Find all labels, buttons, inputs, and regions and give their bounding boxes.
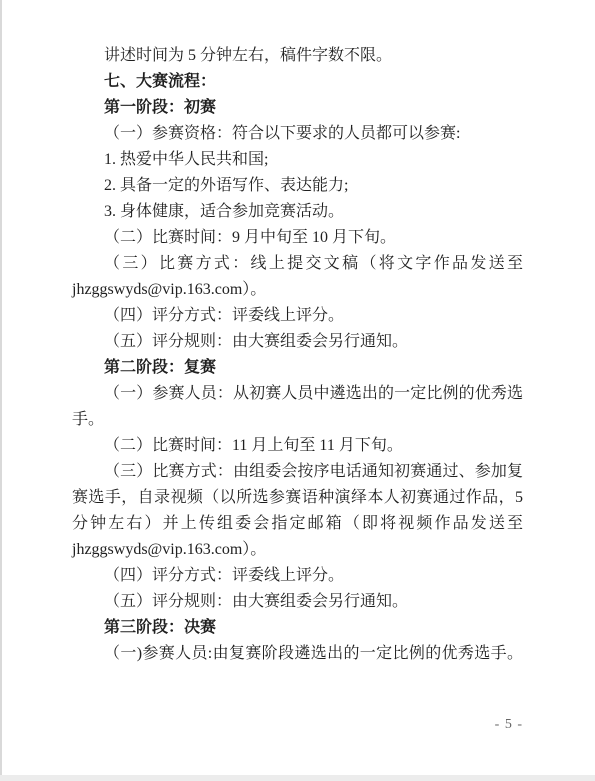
document-page: 讲述时间为 5 分钟左右，稿件字数不限。七、大赛流程：第一阶段：初赛（一）参赛资… — [0, 0, 595, 781]
document-line: 赛选手，自录视频（以所选参赛语种演绎本人初赛通过作品，5 — [72, 485, 523, 511]
document-line: 第一阶段：初赛 — [72, 95, 523, 121]
document-line: （四）评分方式：评委线上评分。 — [72, 303, 523, 329]
document-line: （五）评分规则：由大赛组委会另行通知。 — [72, 329, 523, 355]
document-line: （五）评分规则：由大赛组委会另行通知。 — [72, 589, 523, 615]
document-line: （一)参赛人员:由复赛阶段遴选出的一定比例的优秀选手。 — [72, 641, 523, 667]
document-body: 讲述时间为 5 分钟左右，稿件字数不限。七、大赛流程：第一阶段：初赛（一）参赛资… — [72, 43, 523, 738]
document-line: 1. 热爱中华人民共和国; — [72, 147, 523, 173]
document-line: 3. 身体健康，适合参加竞赛活动。 — [72, 199, 523, 225]
document-line: （一）参赛人员：从初赛人员中遴选出的一定比例的优秀选 — [72, 381, 523, 407]
document-line: 分钟左右）并上传组委会指定邮箱（即将视频作品发送至 — [72, 511, 523, 537]
document-line: 2. 具备一定的外语写作、表达能力; — [72, 173, 523, 199]
page-bottom-edge — [0, 775, 595, 781]
page-left-edge — [0, 0, 2, 781]
document-line: （三）比赛方式：由组委会按序电话通知初赛通过、参加复 — [72, 459, 523, 485]
document-line: 讲述时间为 5 分钟左右，稿件字数不限。 — [72, 43, 523, 69]
document-line: 七、大赛流程： — [72, 69, 523, 95]
document-lines: 讲述时间为 5 分钟左右，稿件字数不限。七、大赛流程：第一阶段：初赛（一）参赛资… — [72, 43, 523, 667]
document-line: 第二阶段：复赛 — [72, 355, 523, 381]
page-number: - 5 - — [72, 712, 523, 738]
document-line: jhzggswyds@vip.163.com）。 — [72, 277, 523, 303]
document-line: 第三阶段：决赛 — [72, 615, 523, 641]
document-line: （一）参赛资格：符合以下要求的人员都可以参赛: — [72, 121, 523, 147]
document-line: 手。 — [72, 407, 523, 433]
document-line: （二）比赛时间：9 月中旬至 10 月下旬。 — [72, 225, 523, 251]
document-line: （二）比赛时间：11 月上旬至 11 月下旬。 — [72, 433, 523, 459]
document-line: jhzggswyds@vip.163.com）。 — [72, 537, 523, 563]
document-line: （四）评分方式：评委线上评分。 — [72, 563, 523, 589]
document-line: （三）比赛方式：线上提交文稿（将文字作品发送至 — [72, 251, 523, 277]
